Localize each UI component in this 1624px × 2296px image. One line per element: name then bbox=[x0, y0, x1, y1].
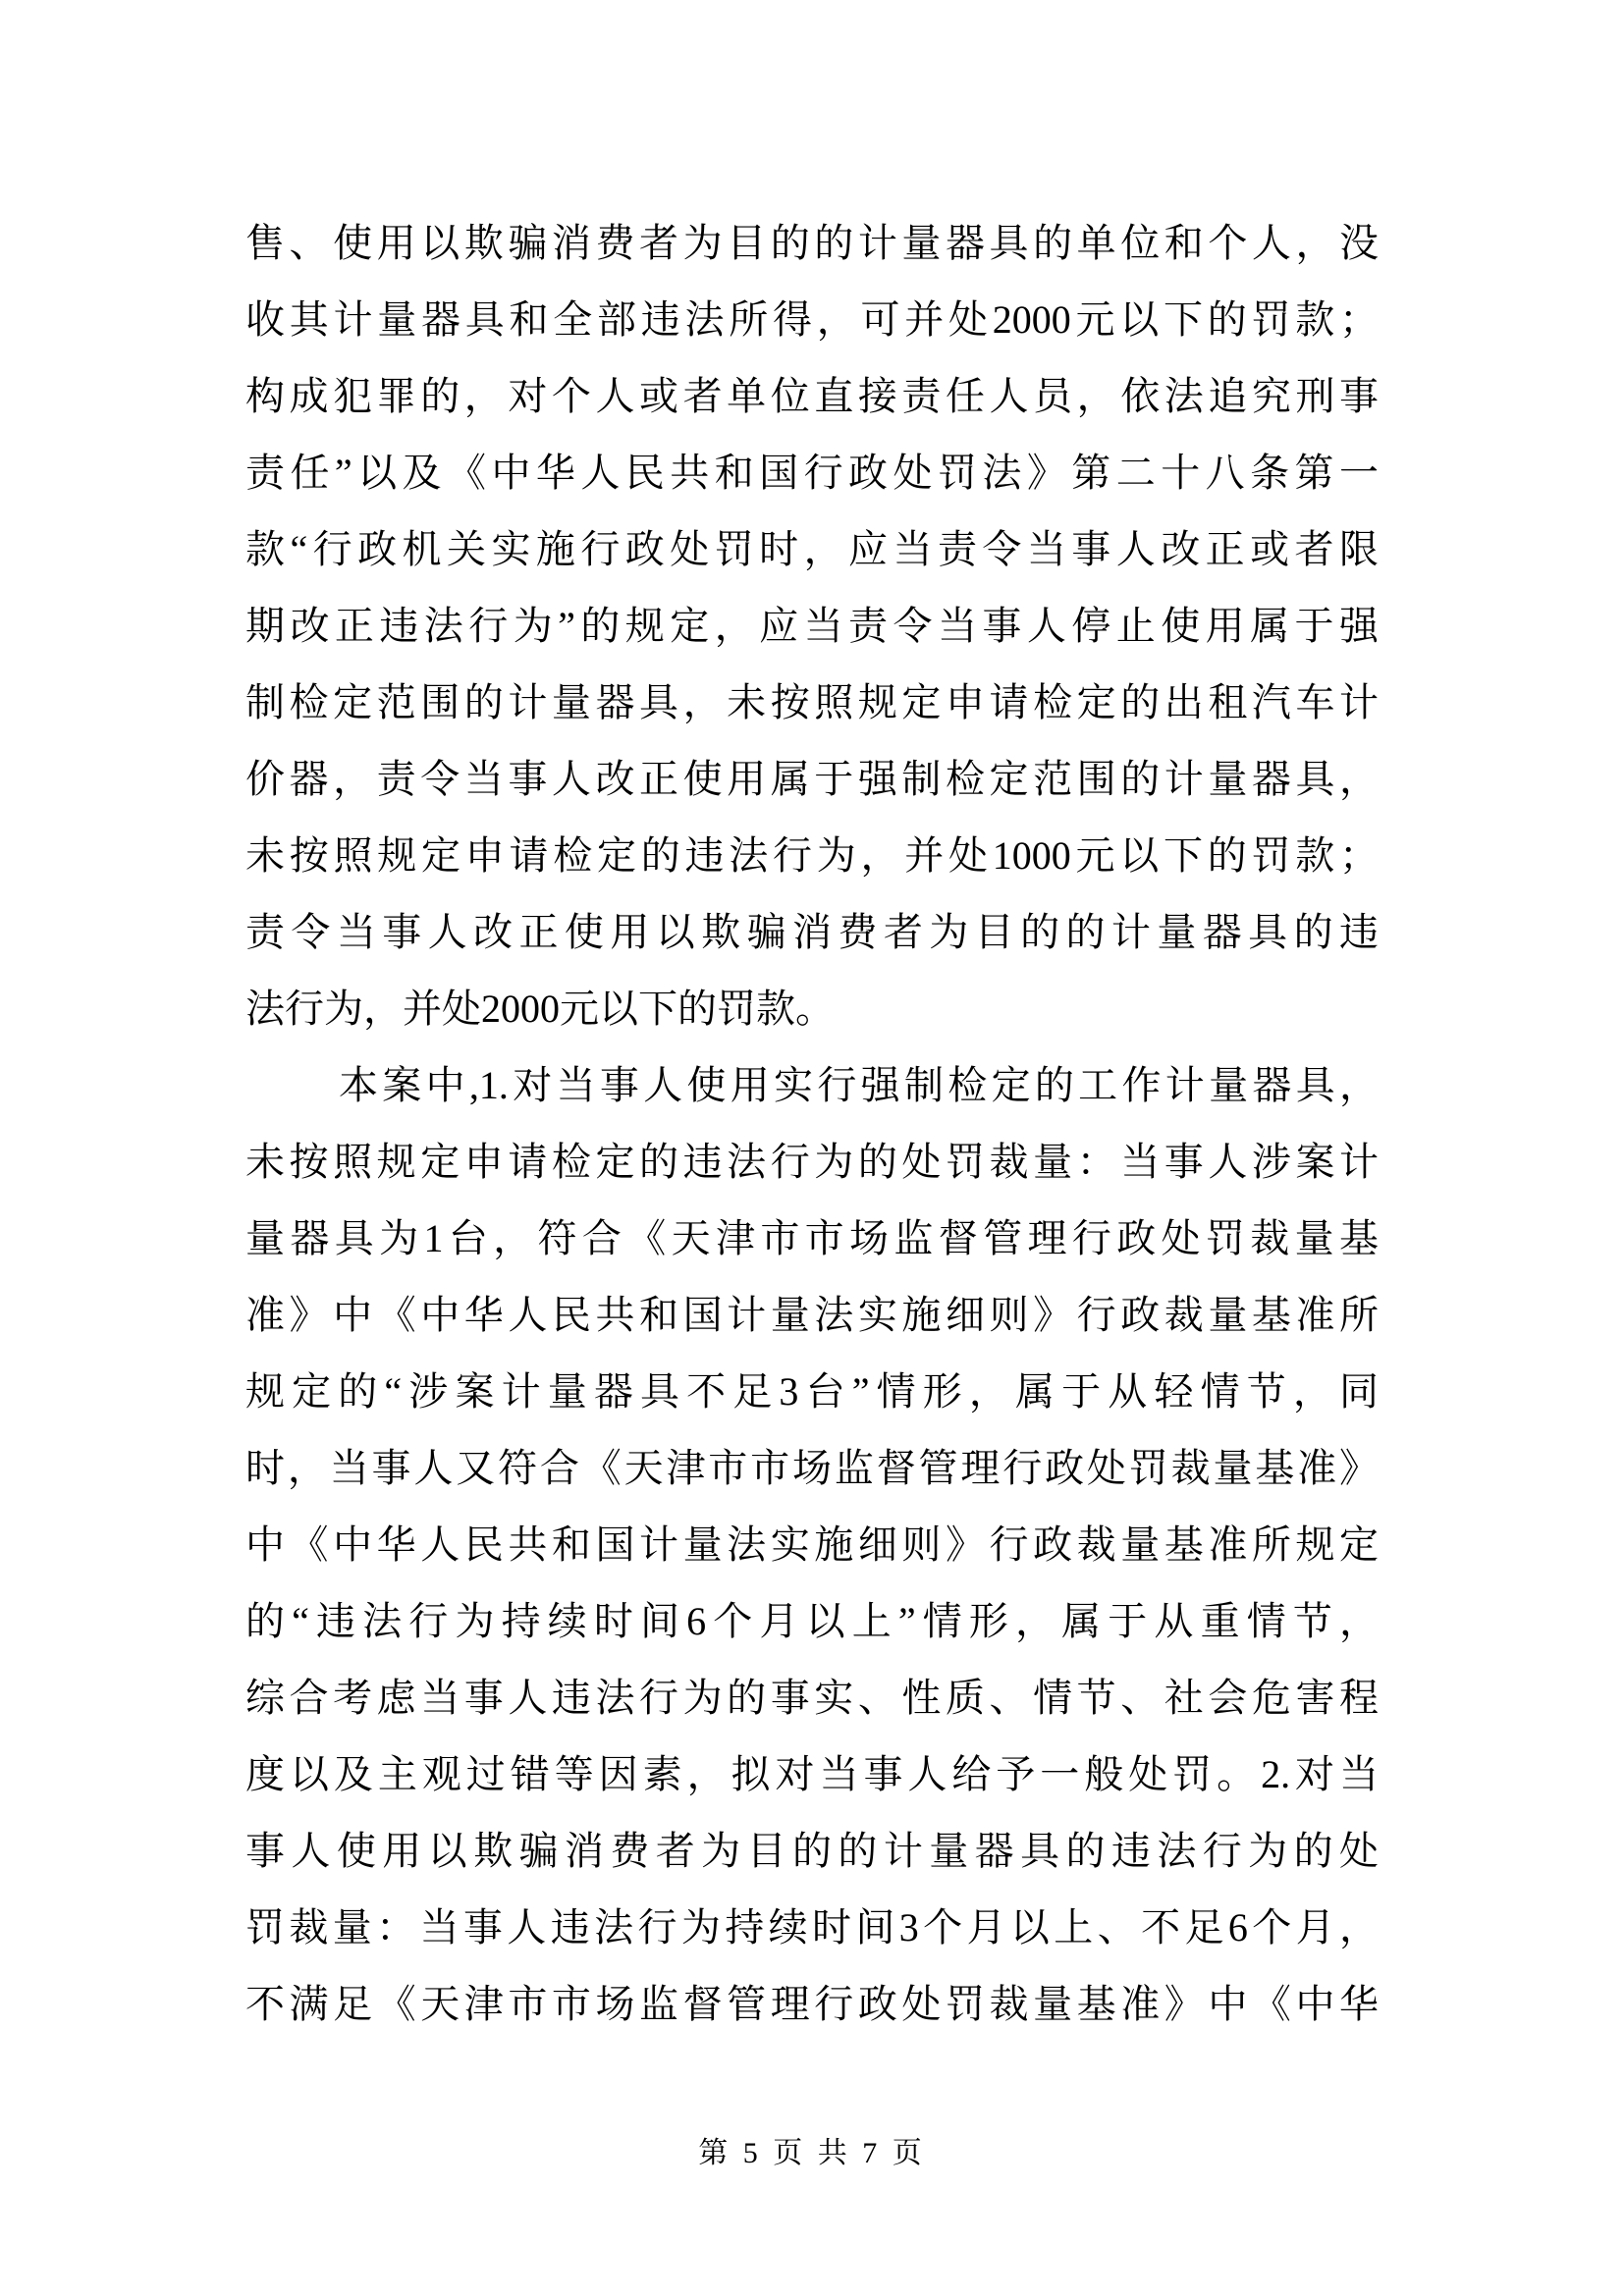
document-text-block: 售、使用以欺骗消费者为目的的计量器具的单位和个人，没 收其计量器具和全部违法所得… bbox=[245, 205, 1379, 2043]
text-line: 价器，责令当事人改正使用属于强制检定范围的计量器具， bbox=[245, 741, 1379, 818]
text-line: 的“违法行为持续时间6个月以上”情形，属于从重情节， bbox=[245, 1583, 1379, 1660]
text-line: 构成犯罪的，对个人或者单位直接责任人员，依法追究刑事 bbox=[245, 358, 1379, 435]
text-line: 款“行政机关实施行政处罚时，应当责令当事人改正或者限 bbox=[245, 511, 1379, 588]
text-line: 时，当事人又符合《天津市市场监督管理行政处罚裁量基准》 bbox=[245, 1430, 1379, 1507]
text-line: 罚裁量：当事人违法行为持续时间3个月以上、不足6个月， bbox=[245, 1890, 1379, 1966]
text-line: 未按照规定申请检定的违法行为，并处1000元以下的罚款； bbox=[245, 818, 1379, 894]
text-line: 度以及主观过错等因素，拟对当事人给予一般处罚。2.对当 bbox=[245, 1736, 1379, 1813]
text-line: 期改正违法行为”的规定，应当责令当事人停止使用属于强 bbox=[245, 588, 1379, 665]
text-line: 售、使用以欺骗消费者为目的的计量器具的单位和个人，没 bbox=[245, 205, 1379, 282]
page-number-footer: 第 5 页 共 7 页 bbox=[0, 2132, 1624, 2175]
text-line: 规定的“涉案计量器具不足3台”情形，属于从轻情节，同 bbox=[245, 1354, 1379, 1430]
text-line: 不满足《天津市市场监督管理行政处罚裁量基准》中《中华 bbox=[245, 1966, 1379, 2043]
text-line: 制检定范围的计量器具，未按照规定申请检定的出租汽车计 bbox=[245, 665, 1379, 741]
text-line: 责令当事人改正使用以欺骗消费者为目的的计量器具的违 bbox=[245, 894, 1379, 971]
text-line: 未按照规定申请检定的违法行为的处罚裁量：当事人涉案计 bbox=[245, 1124, 1379, 1201]
text-line: 量器具为1台，符合《天津市市场监督管理行政处罚裁量基 bbox=[245, 1201, 1379, 1277]
text-line: 法行为，并处2000元以下的罚款。 bbox=[245, 971, 1379, 1047]
text-line: 综合考虑当事人违法行为的事实、性质、情节、社会危害程 bbox=[245, 1660, 1379, 1736]
document-page: 售、使用以欺骗消费者为目的的计量器具的单位和个人，没 收其计量器具和全部违法所得… bbox=[0, 0, 1624, 2296]
text-line: 责任”以及《中华人民共和国行政处罚法》第二十八条第一 bbox=[245, 435, 1379, 511]
text-line: 中《中华人民共和国计量法实施细则》行政裁量基准所规定 bbox=[245, 1507, 1379, 1583]
text-line-paragraph-start: 本案中,1.对当事人使用实行强制检定的工作计量器具， bbox=[245, 1047, 1379, 1124]
text-line: 收其计量器具和全部违法所得，可并处2000元以下的罚款； bbox=[245, 282, 1379, 358]
text-line: 准》中《中华人民共和国计量法实施细则》行政裁量基准所 bbox=[245, 1277, 1379, 1354]
text-line: 事人使用以欺骗消费者为目的的计量器具的违法行为的处 bbox=[245, 1813, 1379, 1890]
